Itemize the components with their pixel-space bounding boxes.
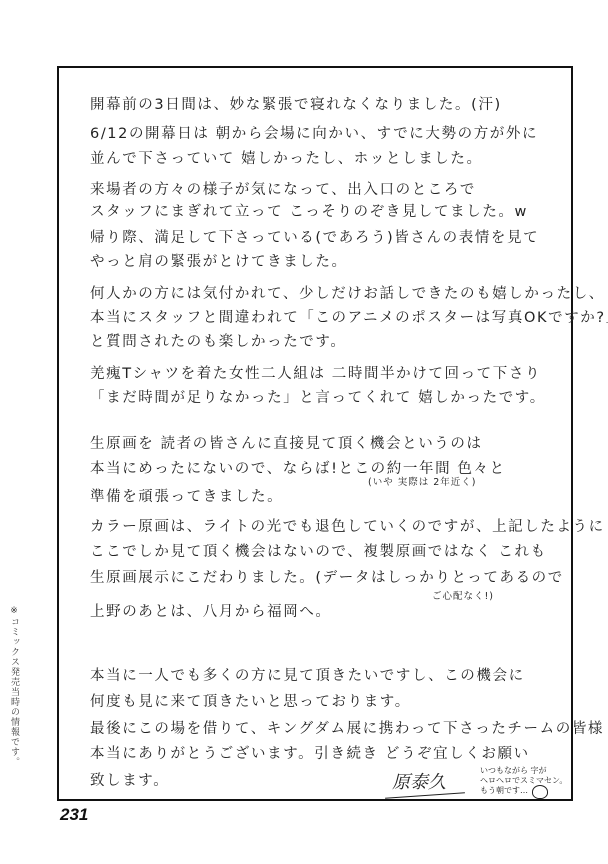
author-signature: 原泰久 (392, 768, 446, 794)
letter-line: 本当にスタッフと間違われて「このアニメのポスターは写真OKですか?」 (90, 306, 608, 327)
letter-line: カラー原画は、ライトの光でも退色していくのですが、上記したように (90, 515, 605, 536)
letter-line: ここでしか見て頂く機会はないので、複製原画ではなく これも (90, 540, 547, 561)
letter-line: 致します。 (90, 769, 169, 790)
signature-note-line: もう朝です… (480, 786, 567, 796)
page-number: 231 (60, 805, 88, 825)
letter-line: 何人かの方には気付かれて、少しだけお話しできたのも嬉しかったし、 (90, 282, 605, 303)
letter-line: 開幕前の3日間は、妙な緊張で寝れなくなりました。(汗) (90, 93, 502, 114)
letter-line: 6/12の開幕日は 朝から会場に向かい、すでに大勢の方が外に (90, 122, 538, 143)
letter-line: スタッフにまぎれて立って こっそりのぞき見してました。w (90, 200, 528, 221)
annotation-note: ご心配なく!) (432, 588, 494, 602)
letter-line: 本当にありがとうございます。引き続き どうぞ宜しくお願い (90, 742, 530, 763)
letter-line: やっと肩の緊張がとけてきました。 (90, 250, 348, 271)
signature-note-line: いつもながら 字が (480, 766, 567, 776)
letter-line: 準備を頑張ってきました。 (90, 485, 283, 506)
letter-line: 何度も見に来て頂きたいと思っております。 (90, 690, 411, 711)
letter-line: 本当に一人でも多くの方に見て頂きたいですし、この機会に (90, 664, 525, 685)
face-doodle-icon (532, 785, 548, 799)
annotation-note: (いや 実際は 2年近く) (368, 474, 477, 488)
letter-line: 最後にこの場を借りて、キングダム展に携わって下さったチームの皆様 (90, 717, 604, 738)
letter-line: 羌瘣Tシャツを着た女性二人組は 二時間半かけて回って下さり (90, 362, 541, 383)
side-note: ※コミックス発売当時の情報です。 (8, 606, 21, 767)
letter-line: と質問されたのも楽しかったです。 (90, 330, 346, 351)
letter-line: 生原画を 読者の皆さんに直接見て頂く機会というのは (90, 432, 483, 453)
letter-line: 上野のあとは、八月から福岡へ。 (90, 600, 332, 621)
letter-line: 帰り際、満足して下さっている(であろう)皆さんの表情を見て (90, 226, 539, 247)
signature-note-line: ヘロヘロでスミマセン。 (480, 776, 567, 786)
letter-line: 並んで下さっていて 嬉しかったし、ホッとしました。 (90, 147, 483, 168)
letter-line: 生原画展示にこだわりました。(データはしっかりとってあるので (90, 566, 564, 587)
letter-line: 「まだ時間が足りなかった」と言ってくれて 嬉しかったです。 (90, 386, 546, 407)
signature-note: いつもながら 字が ヘロヘロでスミマセン。 もう朝です… (480, 766, 567, 796)
letter-line: 来場者の方々の様子が気になって、出入口のところで (90, 178, 476, 199)
